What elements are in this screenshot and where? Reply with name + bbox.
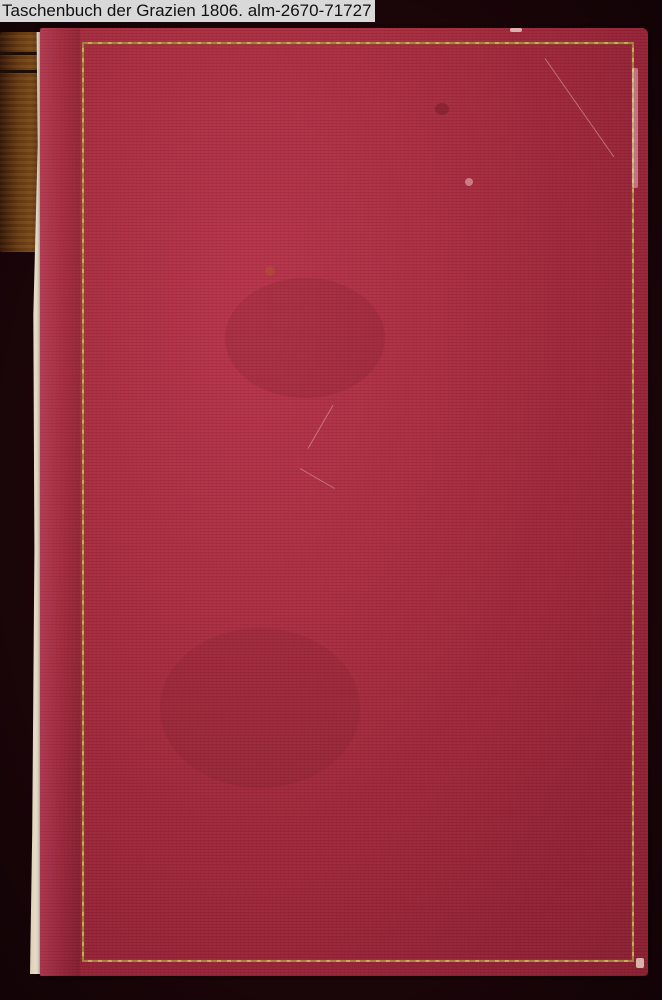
cover-stain bbox=[465, 178, 473, 186]
image-caption: Taschenbuch der Grazien 1806. alm-2670-7… bbox=[0, 0, 375, 22]
book-cover bbox=[40, 28, 648, 976]
cover-discoloration bbox=[160, 628, 360, 788]
cover-stain bbox=[265, 266, 275, 276]
spine-band bbox=[0, 52, 40, 55]
gilt-border-frame bbox=[82, 42, 634, 962]
cover-discoloration bbox=[225, 278, 385, 398]
edge-wear bbox=[632, 68, 638, 188]
corner-wear bbox=[636, 958, 644, 968]
cover-hinge bbox=[40, 28, 80, 976]
spine-band bbox=[0, 70, 40, 73]
cover-stain bbox=[435, 103, 449, 115]
edge-wear bbox=[510, 28, 522, 32]
